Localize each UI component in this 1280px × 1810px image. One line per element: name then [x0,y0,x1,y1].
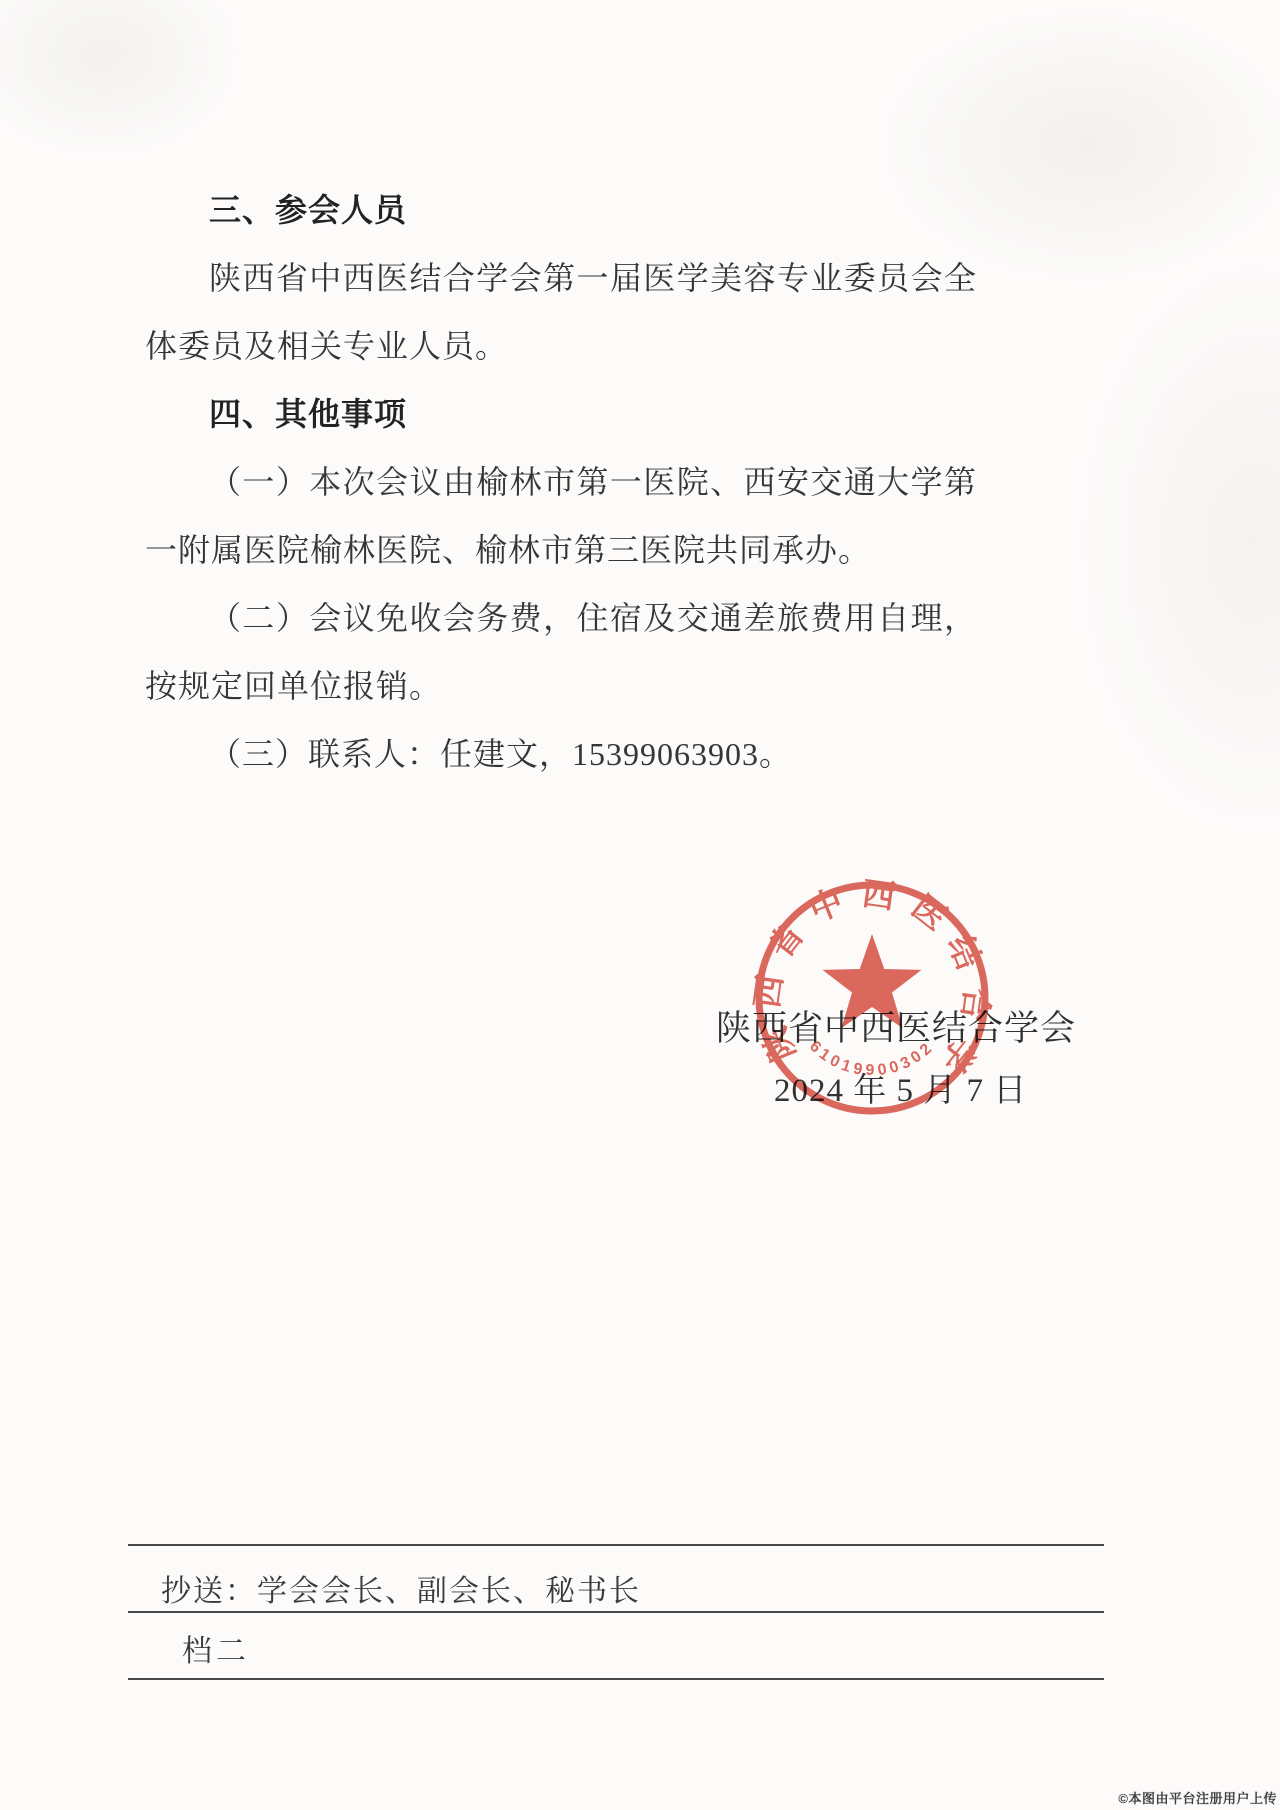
paragraph-item-2-fees: （二）会议免收会务费，住宿及交通差旅费用自理，按规定回单位报销。 [145,584,977,720]
document-body: 三、参会人员 陕西省中西医结合学会第一届医学美容专业委员会全体委员及相关专业人员… [145,176,977,788]
section-heading-other-matters: 四、其他事项 [145,380,977,448]
footer-archive-line: 档二 [182,1626,250,1670]
paragraph-participants: 陕西省中西医结合学会第一届医学美容专业委员会全体委员及相关专业人员。 [145,244,977,380]
section-heading-participants: 三、参会人员 [145,176,977,244]
paragraph-item-3-contact: （三）联系人：任建文，15399063903。 [145,720,977,788]
footer-divider-top [128,1544,1104,1546]
footer-cc-line: 抄送：学会会长、副会长、秘书长 [161,1566,641,1610]
footer-divider-bottom [128,1678,1104,1680]
seal-ring-text: 陕西省中西医结合学会 [748,870,996,1092]
paragraph-item-1-organizers: （一）本次会议由榆林市第一医院、西安交通大学第一附属医院榆林医院、榆林市第三医院… [145,448,977,584]
signature-date: 2024 年 5 月 7 日 [774,1064,1027,1111]
platform-watermark: ©本图由平台注册用户上传 [1118,1788,1277,1807]
footer-divider-middle [128,1611,1104,1613]
signature-organization: 陕西省中西医结合学会 [716,1001,1076,1051]
